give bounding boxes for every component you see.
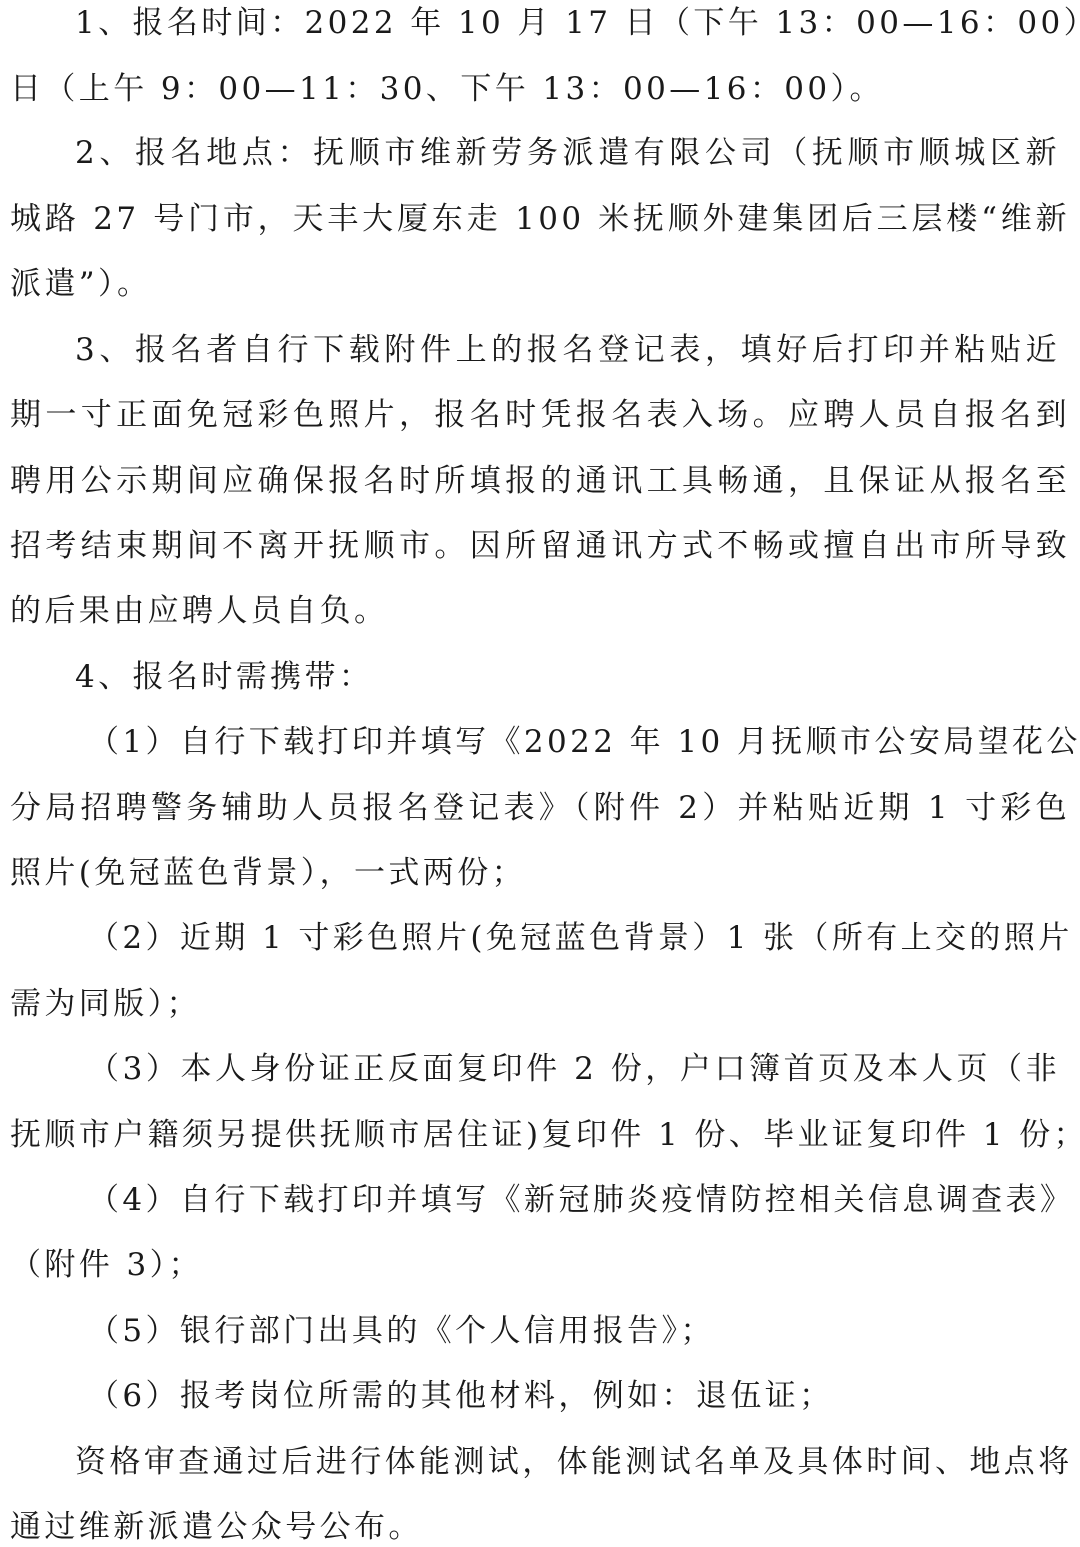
registration-form-line-1: 3、报名者自行下载附件上的报名登记表，填好后打印并粘贴近: [75, 325, 1060, 375]
material-1-line-3: 照片(免冠蓝色背景），一式两份；: [10, 848, 1070, 898]
material-1-line-1: （1）自行下载打印并填写《2022 年 10 月抚顺市公安局望花公安: [88, 717, 1060, 767]
registration-location-line-3: 派遣”）。: [10, 259, 1070, 309]
materials-heading: 4、报名时需携带：: [75, 652, 1060, 702]
material-2-line-2: 需为同版）；: [10, 979, 1070, 1029]
material-4-line-1: （4）自行下载打印并填写《新冠肺炎疫情防控相关信息调查表》: [88, 1175, 1060, 1225]
registration-form-line-4: 招考结束期间不离开抚顺市。因所留通讯方式不畅或擅自出市所导致: [10, 521, 1070, 571]
material-2-line-1: （2）近期 1 寸彩色照片(免冠蓝色背景）1 张（所有上交的照片: [88, 913, 1060, 963]
physical-test-note-line-2: 通过维新派遣公众号公布。: [10, 1502, 1070, 1547]
material-5-line: （5）银行部门出具的《个人信用报告》；: [88, 1306, 1060, 1356]
registration-time-line-2: 日（上午 9：00—11：30、下午 13：00—16：00）。: [10, 64, 1070, 114]
material-4-line-2: （附件 3）；: [10, 1240, 1070, 1290]
material-6-line: （6）报考岗位所需的其他材料，例如：退伍证；: [88, 1371, 1060, 1421]
registration-location-line-2: 城路 27 号门市，天丰大厦东走 100 米抚顺外建集团后三层楼“维新: [10, 194, 1070, 244]
registration-form-line-5: 的后果由应聘人员自负。: [10, 586, 1070, 636]
material-3-line-1: （3）本人身份证正反面复印件 2 份，户口簿首页及本人页（非: [88, 1044, 1060, 1094]
registration-form-line-2: 期一寸正面免冠彩色照片，报名时凭报名表入场。应聘人员自报名到: [10, 390, 1070, 440]
document-page: 1、报名时间：2022 年 10 月 17 日（下午 13：00—16：00）、…: [0, 0, 1080, 1547]
registration-time-line-1: 1、报名时间：2022 年 10 月 17 日（下午 13：00—16：00）、…: [75, 0, 1060, 48]
material-1-line-2: 分局招聘警务辅助人员报名登记表》（附件 2）并粘贴近期 1 寸彩色: [10, 783, 1070, 833]
registration-location-line-1: 2、报名地点：抚顺市维新劳务派遣有限公司（抚顺市顺城区新: [75, 128, 1060, 178]
registration-form-line-3: 聘用公示期间应确保报名时所填报的通讯工具畅通，且保证从报名至: [10, 456, 1070, 506]
material-3-line-2: 抚顺市户籍须另提供抚顺市居住证)复印件 1 份、毕业证复印件 1 份；: [10, 1110, 1070, 1160]
physical-test-note-line-1: 资格审查通过后进行体能测试，体能测试名单及具体时间、地点将: [75, 1437, 1060, 1487]
